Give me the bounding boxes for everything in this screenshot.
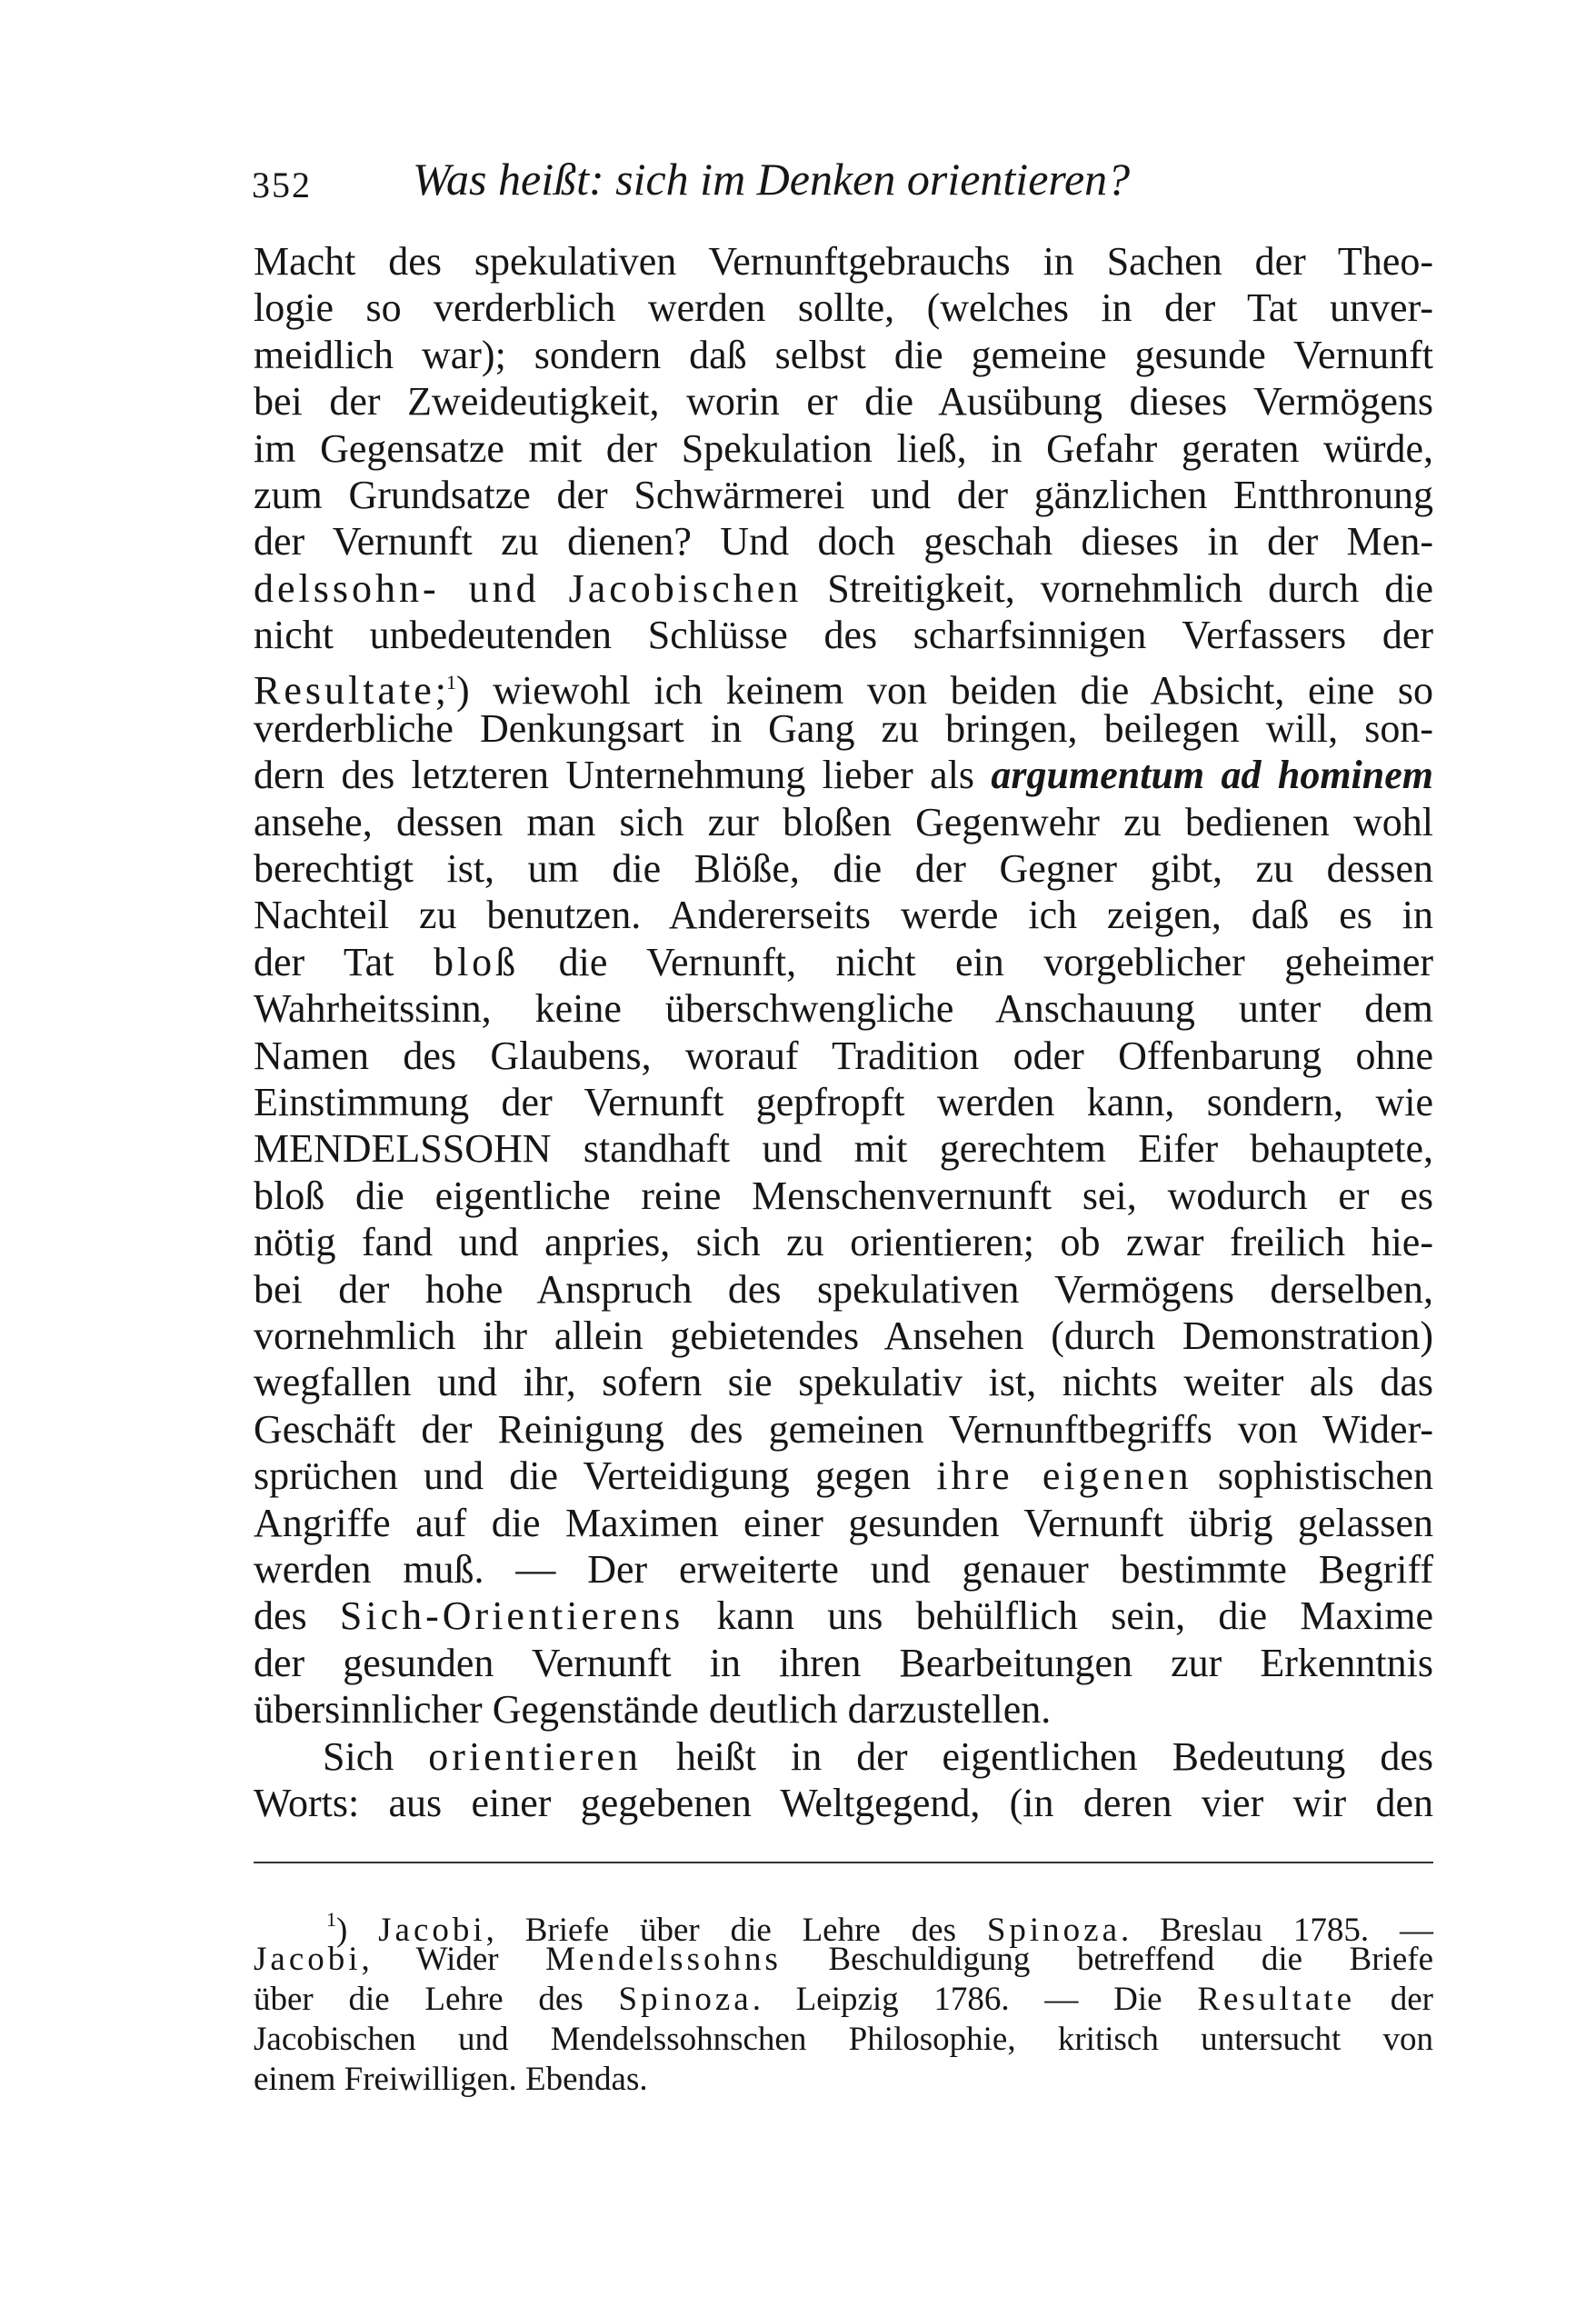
text-line: Sich orientieren heißt in der eigentlich…: [254, 1733, 1433, 1780]
emphasis: ihre eigenen: [936, 1453, 1192, 1498]
text-line: Macht des spekulativen Vernunftgebrauchs…: [254, 238, 1433, 285]
running-title: Was heißt: sich im Denken orientieren?: [413, 153, 1130, 205]
footnote-reference[interactable]: 1: [446, 671, 456, 694]
text-segment: der: [1355, 1981, 1433, 2018]
text-line: nicht unbedeutenden Schlüsse des scharfs…: [254, 612, 1433, 658]
spaced-name: Jacobischen: [569, 566, 803, 611]
work-title: Resultate: [1197, 1981, 1355, 2018]
text-line: delssohn- und Jacobischen Streitigkeit, …: [254, 565, 1433, 612]
footnote-section: 1) Jacobi, Briefe über die Lehre des Spi…: [254, 1900, 1433, 2100]
text-line: berechtigt ist, um die Blöße, die der Ge…: [254, 845, 1433, 892]
text-line: meidlich war); sondern daß selbst die ge…: [254, 332, 1433, 378]
text-line: Geschäft der Reinigung des gemeinen Vern…: [254, 1406, 1433, 1453]
author-name: Mendelssohns: [545, 1941, 782, 1978]
text-line: Worts: aus einer gegebenen Weltgegend, (…: [254, 1780, 1433, 1826]
text-line: Angriffe auf die Maximen einer gesunden …: [254, 1500, 1433, 1546]
author-name: Jacobi: [254, 1941, 362, 1978]
text-line: Resultate;1) wiewohl ich keinem von beid…: [254, 659, 1433, 705]
text-segment: des: [254, 1593, 340, 1638]
text-line: Einstimmung der Vernunft gepfropft werde…: [254, 1079, 1433, 1125]
text-line: logie so verderblich werden sollte, (wel…: [254, 285, 1433, 331]
text-line: Namen des Glaubens, worauf Tradition ode…: [254, 1033, 1433, 1079]
text-line: vornehmlich ihr allein gebietendes Anseh…: [254, 1313, 1433, 1359]
footnote-divider: [254, 1862, 1433, 1863]
text-line: des Sich-Orientierens kann uns behülflic…: [254, 1593, 1433, 1639]
text-segment: Beschuldigung betreffend die Briefe: [782, 1941, 1433, 1978]
main-text: Macht des spekulativen Vernunftgebrauchs…: [254, 238, 1433, 1826]
book-page: 352 Was heißt: sich im Denken orientiere…: [0, 0, 1596, 2307]
text-line: nötig fand und anpries, sich zu orientie…: [254, 1219, 1433, 1265]
text-line: zum Grundsatze der Schwärmerei und der g…: [254, 472, 1433, 518]
text-segment: Sich: [323, 1734, 428, 1779]
emphasis: Sich-Orientierens: [340, 1593, 683, 1638]
text-line: sprüchen und die Verteidigung gegen ihre…: [254, 1453, 1433, 1499]
text-line: wegfallen und ihr, sofern sie spekulativ…: [254, 1359, 1433, 1405]
emphasis: orientieren: [428, 1734, 642, 1779]
latin-phrase: argumentum ad hominem: [991, 753, 1433, 797]
footnote-line: einem Freiwilligen. Ebendas.: [254, 2060, 1433, 2100]
text-line: Nachteil zu benutzen. Andererseits werde…: [254, 892, 1433, 938]
text-segment: dern des letzteren Unternehmung lieber a…: [254, 753, 991, 797]
text-line: übersinnlicher Gegenstände deutlich darz…: [254, 1686, 1433, 1733]
footnote-line: Jacobischen und Mendelssohnschen Philoso…: [254, 2020, 1433, 2060]
footnote-line: über die Lehre des Spinoza. Leipzig 1786…: [254, 1980, 1433, 2020]
page-header: 352 Was heißt: sich im Denken orientiere…: [252, 153, 1433, 216]
footnote-line: 1) Jacobi, Briefe über die Lehre des Spi…: [254, 1900, 1433, 1940]
text-line: bloß die eigentliche reine Menschenvernu…: [254, 1173, 1433, 1219]
text-segment: der Tat: [254, 940, 434, 984]
text-line: Wahrheitssinn, keine überschwengliche An…: [254, 985, 1433, 1032]
text-line: der gesunden Vernunft in ihren Bearbeitu…: [254, 1640, 1433, 1686]
author-name: Spinoza: [618, 1981, 752, 2018]
text-segment: , Wider: [362, 1941, 546, 1978]
text-segment: über die Lehre des: [254, 1981, 618, 2018]
text-segment: die Vernunft, nicht ein vorgeblicher geh…: [519, 940, 1433, 984]
text-line: bei der Zweideutigkeit, worin er die Aus…: [254, 378, 1433, 424]
text-line: dern des letzteren Unternehmung lieber a…: [254, 752, 1433, 798]
emphasis: bloß: [434, 940, 519, 984]
text-segment: heißt in der eigentlichen Bedeutung des: [642, 1734, 1433, 1779]
text-line: der Vernunft zu dienen? Und doch geschah…: [254, 518, 1433, 564]
footnote-marker: 1: [326, 1908, 336, 1931]
text-segment: . Leipzig 1786. — Die: [753, 1981, 1198, 2018]
text-line: ansehe, dessen man sich zur bloßen Gegen…: [254, 799, 1433, 845]
footnote-line: Jacobi, Wider Mendelssohns Beschuldigung…: [254, 1940, 1433, 1980]
text-segment: sophistischen: [1192, 1453, 1433, 1498]
spaced-name: del: [254, 566, 314, 611]
text-segment: kann uns behülflich sein, die Maxime: [683, 1593, 1433, 1638]
text-line: werden muß. — Der erweiterte und genauer…: [254, 1546, 1433, 1593]
page-number: 352: [252, 164, 312, 206]
text-line: der Tat bloß die Vernunft, nicht ein vor…: [254, 939, 1433, 985]
text-line: bei der hohe Anspruch des spekulativen V…: [254, 1266, 1433, 1313]
text-line: verderbliche Denkungsart in Gang zu brin…: [254, 705, 1433, 752]
text-segment: Streitigkeit, vornehmlich durch die: [802, 566, 1433, 611]
text-segment: sprüchen und die Verteidigung gegen: [254, 1453, 936, 1498]
text-line: MENDELSSOHN standhaft und mit gerechtem …: [254, 1125, 1433, 1172]
text-line: im Gegensatze mit der Spekulation ließ, …: [254, 425, 1433, 472]
spaced-name: ssohn- und: [314, 566, 569, 611]
